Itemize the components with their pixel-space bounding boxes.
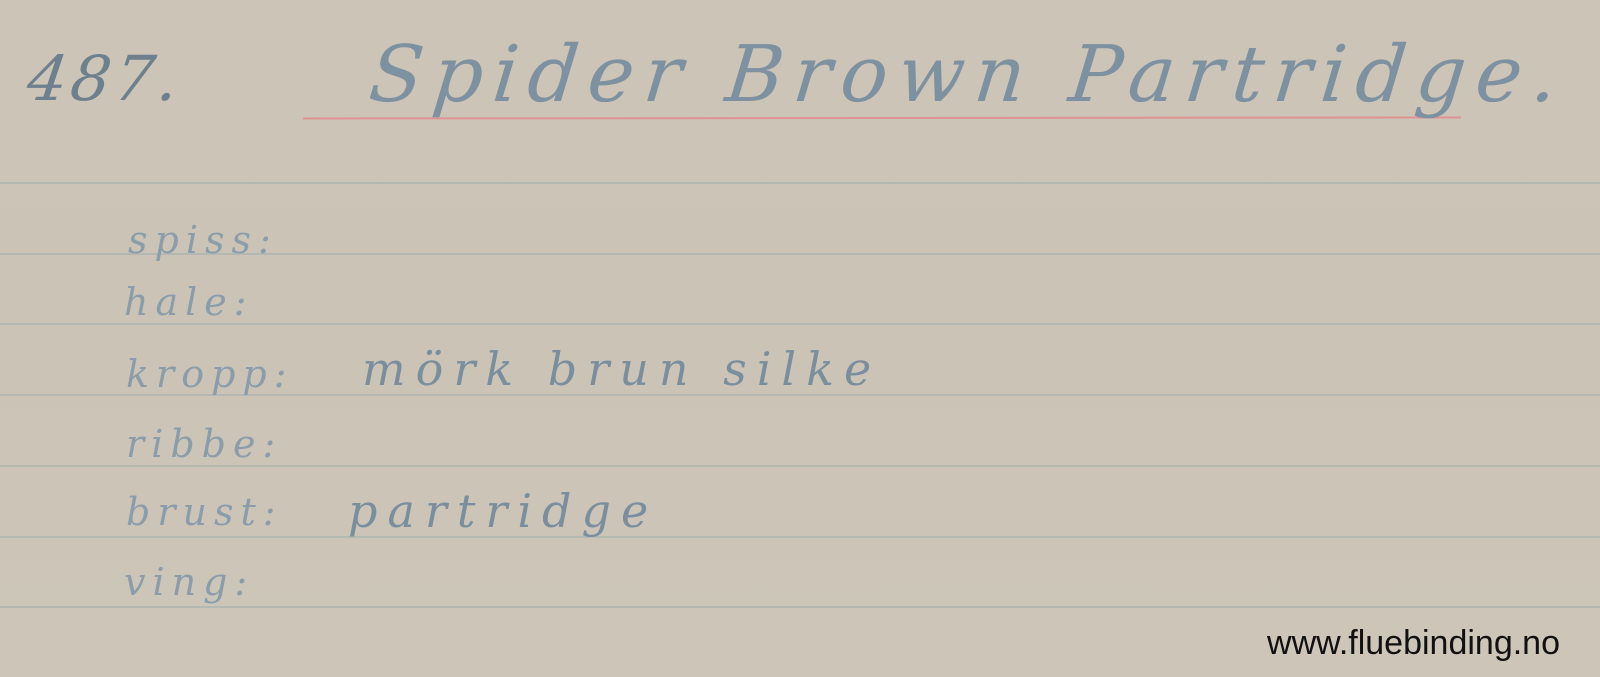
field-label-ribbe: ribbe: <box>126 422 282 466</box>
field-value-kropp: mörk brun silke <box>362 342 881 396</box>
ruled-line <box>0 182 1600 184</box>
field-label-spiss: spiss: <box>128 218 278 262</box>
field-label-kropp: kropp: <box>126 352 294 396</box>
card-number: 487. <box>23 42 187 115</box>
field-label-brust: brust: <box>126 490 283 534</box>
ruled-line <box>0 606 1600 608</box>
site-watermark: www.fluebinding.no <box>1267 624 1560 663</box>
field-label-hale: hale: <box>124 280 254 324</box>
field-label-ving: ving: <box>124 560 254 604</box>
ruled-line <box>0 536 1600 538</box>
field-value-brust: partridge <box>348 484 658 538</box>
index-card: 487. Spider Brown Partridge. spiss: hale… <box>0 0 1600 677</box>
fly-pattern-title: Spider Brown Partridge. <box>365 30 1571 120</box>
